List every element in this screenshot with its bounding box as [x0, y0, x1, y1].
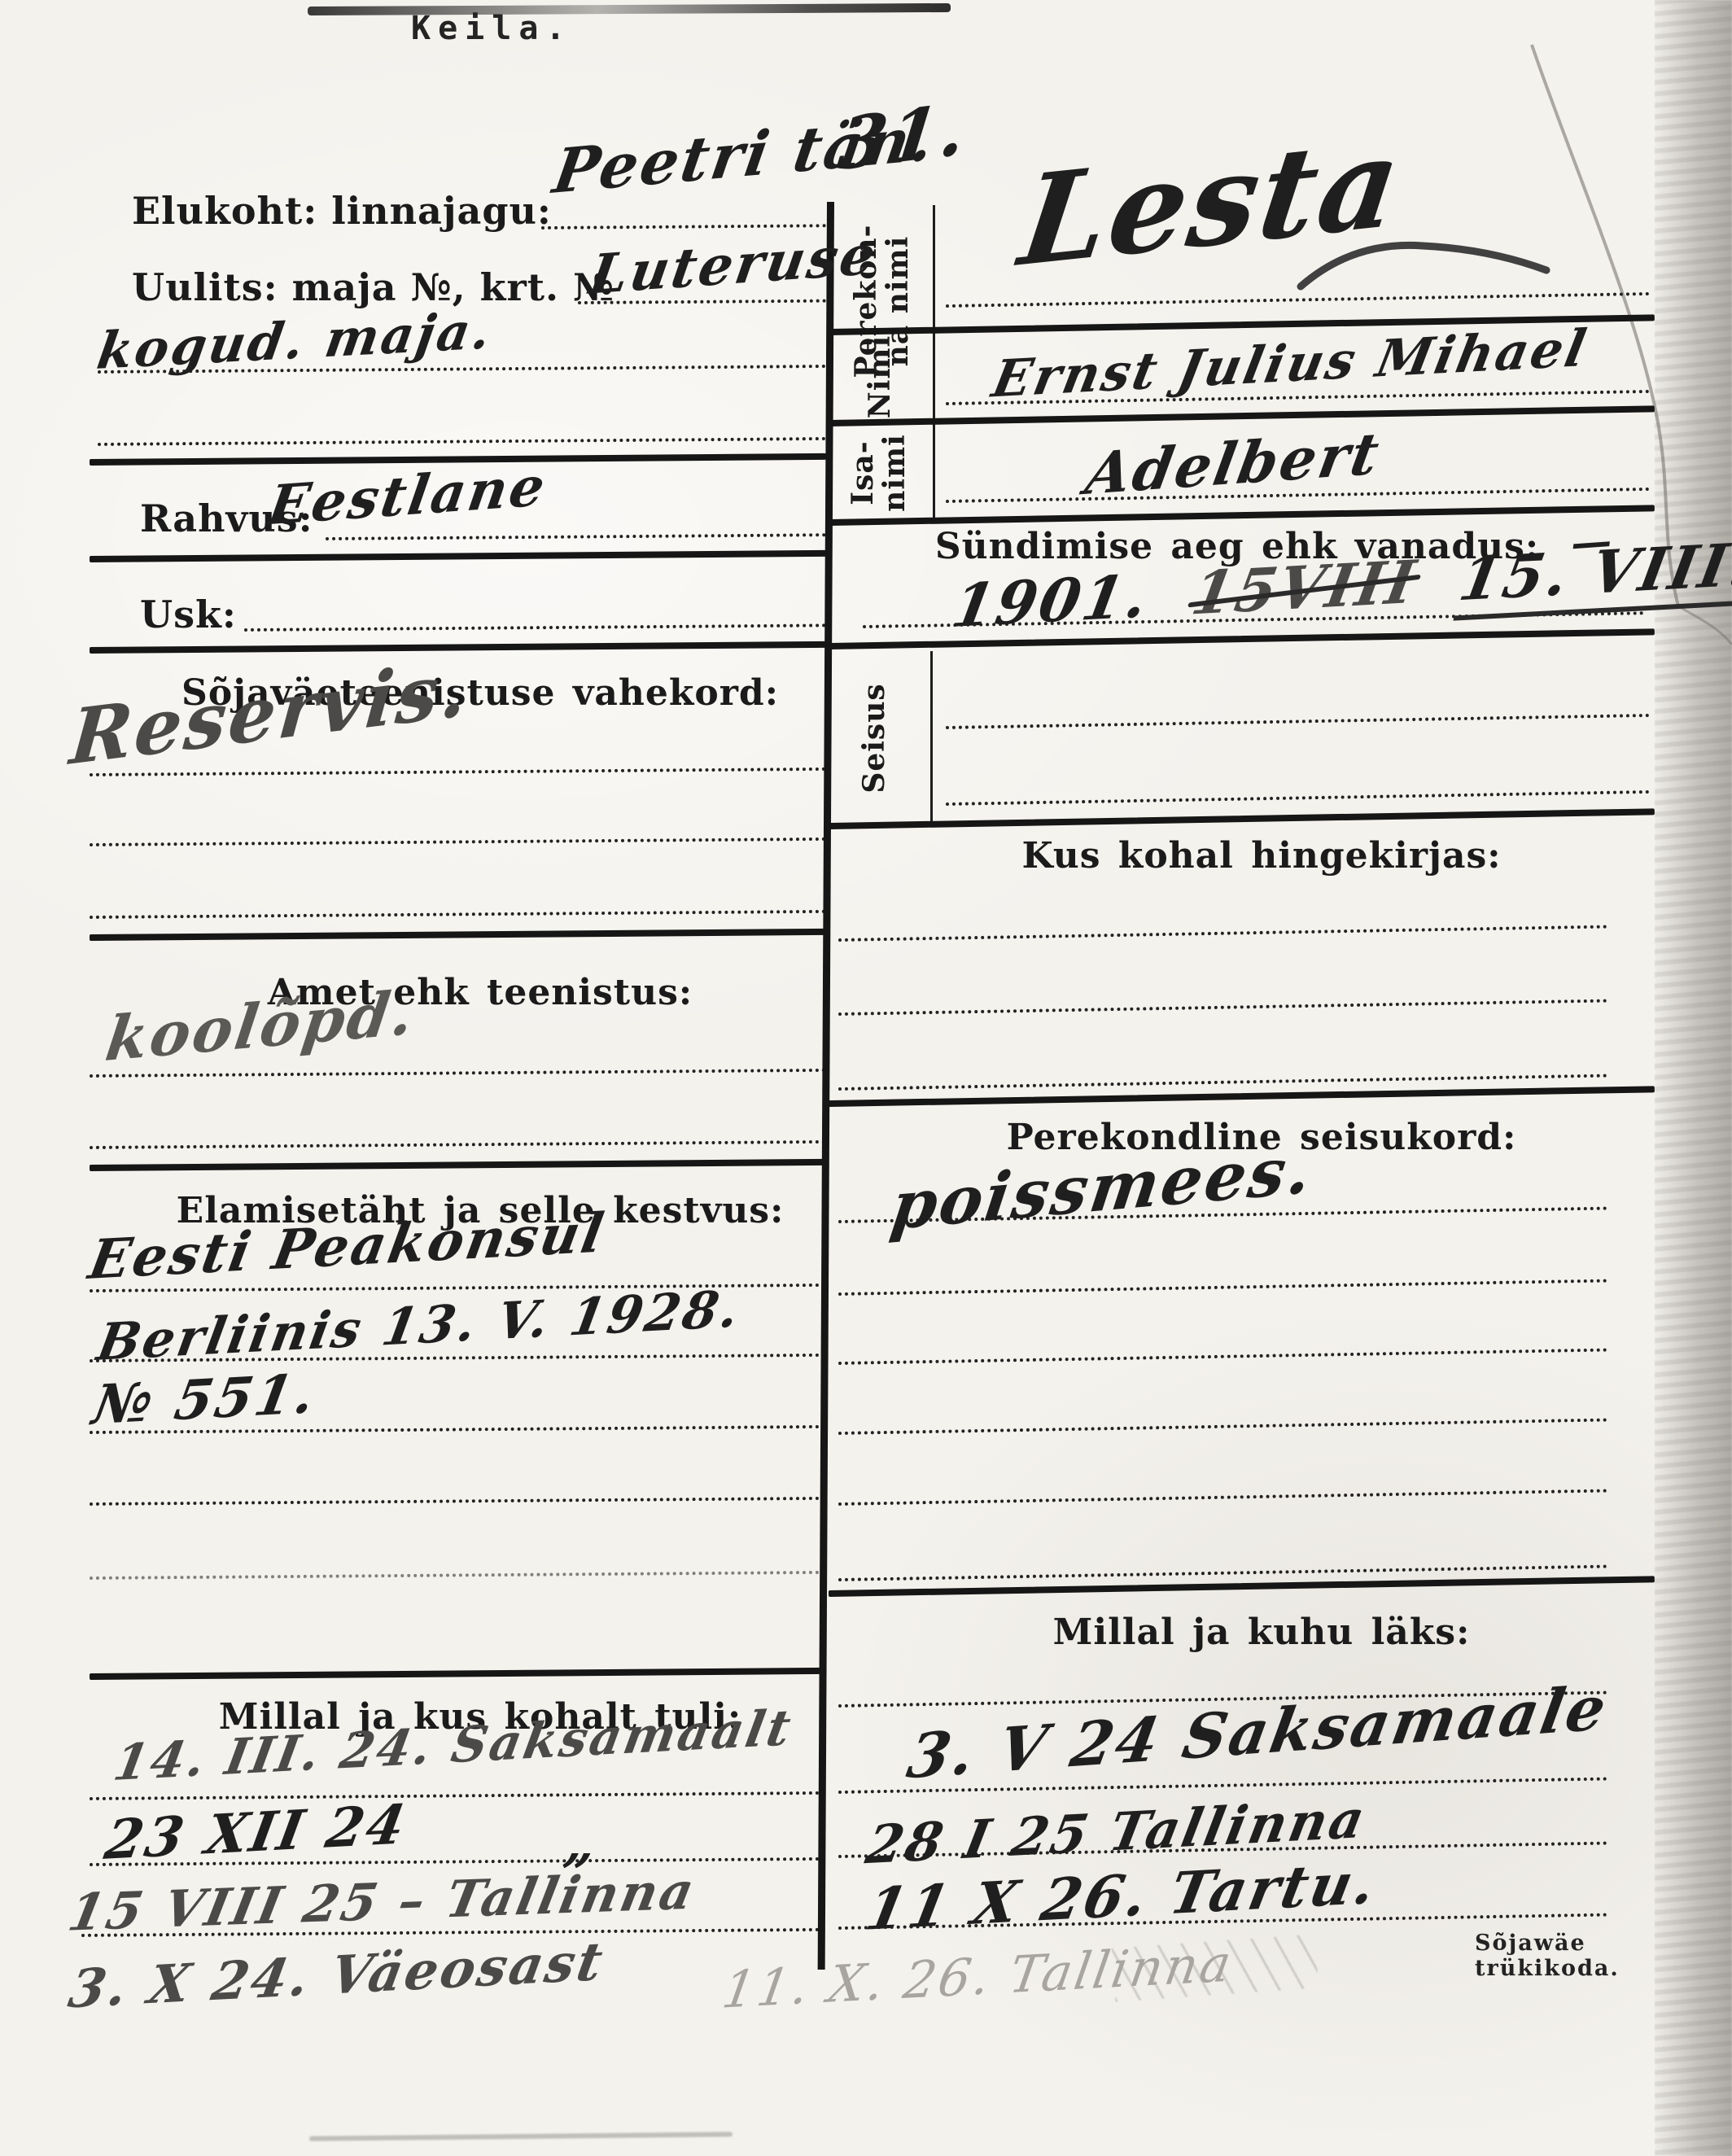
perekonnanimi-value-handwritten: Lesta: [1013, 109, 1411, 295]
sojavae-value-handwritten: Reservis.: [67, 644, 473, 782]
pencil-note-handwritten: 11. X. 26. Tallinna: [719, 1933, 1238, 2020]
dotted-line: [90, 1140, 826, 1149]
dotted-line: [838, 1349, 1607, 1365]
elukoht-label: Elukoht: linnajagu:: [132, 189, 552, 233]
birth-year-handwritten: 1901.: [947, 561, 1155, 641]
uulits-value-handwritten: Luteruse: [585, 222, 881, 307]
label-rule: [930, 651, 933, 824]
dotted-line: [90, 1497, 826, 1506]
dotted-line: [946, 714, 1650, 729]
paper-edge-texture: [1655, 0, 1732, 2156]
dotted-line: [90, 768, 826, 776]
dotted-line: [838, 925, 1607, 942]
thick-rule: [829, 405, 1655, 426]
thick-rule: [829, 1086, 1655, 1107]
nimi-label: Nimi: [863, 332, 897, 422]
dotted-line: [946, 292, 1650, 308]
laks-label: Millal ja kuhu läks:: [903, 1612, 1620, 1653]
scan-edge-smudge: [308, 3, 951, 15]
seisus-label: Seisus: [855, 652, 893, 824]
tuli-entry4-handwritten: 3. X 24. Väeosast: [64, 1931, 610, 2020]
label-rule: [933, 205, 935, 521]
place-stamp: Keila.: [411, 10, 573, 47]
dotted-line: [90, 910, 826, 919]
laks-entry1-handwritten: 3. V 24 Saksamaale: [902, 1673, 1613, 1792]
dotted-line: [838, 1279, 1607, 1296]
thick-rule: [90, 929, 826, 941]
dotted-line: [838, 999, 1607, 1016]
birth-date-corrected: 15. VIII.: [1453, 529, 1732, 621]
dotted-line: [90, 1571, 826, 1580]
printer-imprint: Sõjawäe trükikoda.: [1475, 1931, 1732, 1981]
dotted-line: [838, 1419, 1607, 1435]
dotted-line: [98, 437, 826, 446]
dotted-line: [946, 790, 1650, 806]
dotted-line: [244, 623, 826, 632]
elamisetaht-line3-handwritten: № 551.: [88, 1361, 321, 1437]
thick-rule: [829, 808, 1655, 829]
hingekirjas-label: Kus kohal hingekirjas:: [903, 835, 1620, 877]
thick-rule: [90, 1668, 826, 1680]
dotted-line: [326, 533, 826, 540]
thick-rule: [829, 505, 1655, 526]
column-divider-line: [818, 202, 834, 1970]
rahvus-value-handwritten: Eestlane: [264, 454, 551, 538]
birth-date-struck-out: 15VIII: [1187, 546, 1423, 628]
registration-card-scan: Keila. 31. Elukoht: linnajagu: Peetri tä…: [0, 0, 1732, 2156]
dotted-line: [90, 1791, 826, 1800]
usk-label: Usk:: [140, 593, 237, 636]
dotted-line: [90, 1069, 826, 1078]
isanimi-label: Isa- nimi: [847, 418, 911, 528]
faint-smudge: [309, 2132, 733, 2141]
dotted-line: [838, 1489, 1607, 1506]
thick-rule: [90, 550, 826, 562]
thick-rule: [90, 1159, 826, 1171]
dotted-line: [90, 837, 826, 846]
uulits-label: Uulits: maja №, krt. №: [132, 265, 615, 309]
elukoht-value-handwritten: Peetri tän.: [549, 103, 941, 208]
